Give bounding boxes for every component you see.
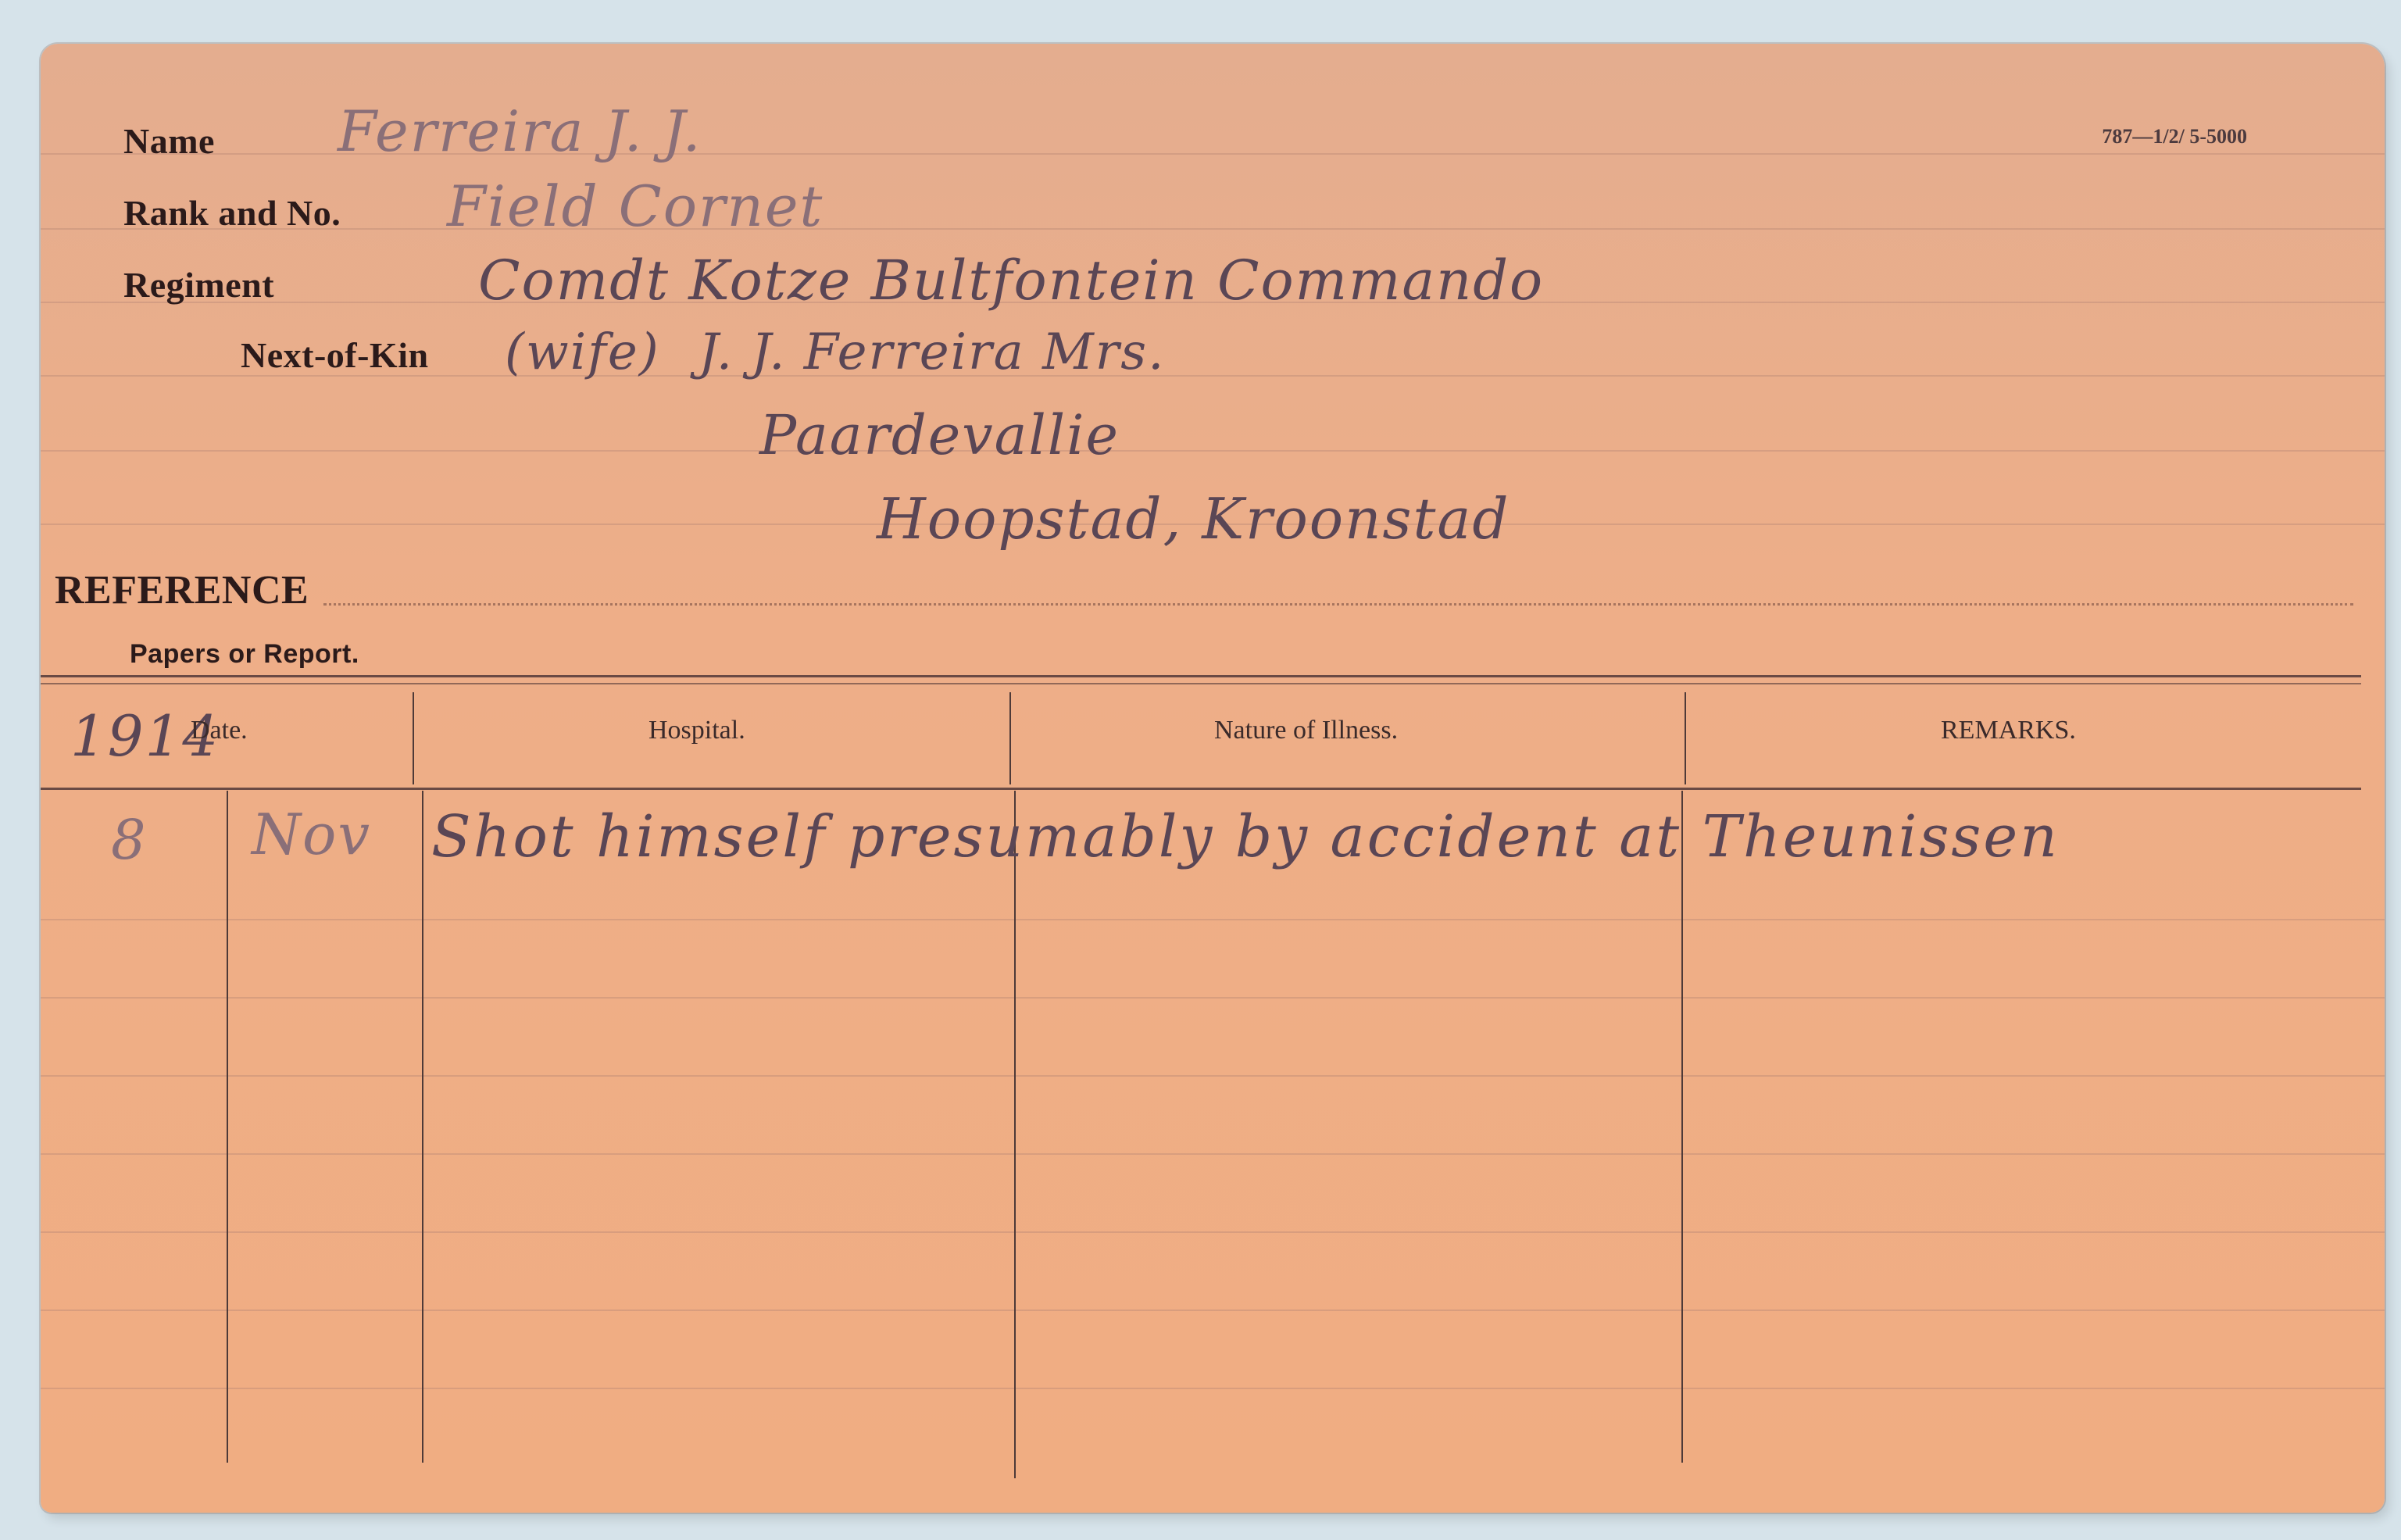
column-header-remarks: REMARKS. [1941,716,2076,745]
column-divider [1009,692,1011,784]
table-top-rule-inner [41,683,2361,684]
next-of-kin-address-line1: Paardevallie [759,403,1120,467]
next-of-kin-relation: (wife) [505,323,660,381]
entry-month: Nov [252,802,371,867]
column-header-hospital: Hospital. [648,716,745,745]
reference-dotted-line [323,603,2353,606]
ruled-line [41,1310,2385,1311]
papers-report-label: Papers or Report. [130,639,359,670]
table-top-rule [41,675,2361,677]
ruled-line [41,997,2385,999]
ruled-line [41,1231,2385,1233]
form-number: 787—1/2/ 5-5000 [2102,125,2247,148]
reference-label: REFERENCE [55,567,309,613]
ruled-line [41,1388,2385,1389]
entry-day: 8 [111,808,148,872]
next-of-kin-label: Next-of-Kin [241,334,429,376]
name-value: Ferreira J. J. [338,98,702,164]
column-divider [1014,791,1016,1478]
ruled-line [41,450,2385,452]
column-divider [1681,791,1683,1463]
record-card: 787—1/2/ 5-5000 Name Ferreira J. J. Rank… [41,44,2385,1513]
next-of-kin-name: J. J. Ferreira Mrs. [699,323,1165,381]
column-divider [1685,692,1686,784]
ruled-line [41,1075,2385,1077]
regiment-label: Regiment [123,264,274,305]
regiment-value: Comdt Kotze Bultfontein Commando [478,248,1544,313]
column-header-date: Date. [191,716,248,745]
rank-value: Field Cornet [447,173,824,239]
column-divider [227,791,228,1463]
rank-label: Rank and No. [123,192,341,234]
ruled-line [41,228,2385,230]
column-header-nature-of-illness: Nature of Illness. [1214,716,1398,745]
column-divider [422,791,423,1463]
name-label: Name [123,120,215,162]
ruled-line [41,919,2385,920]
ruled-line [41,1153,2385,1155]
entry-description: Shot himself presumably by accident at T… [431,803,2060,870]
column-divider [413,692,414,784]
next-of-kin-address-line2: Hoopstad, Kroonstad [877,486,1510,552]
header-bottom-rule [41,788,2361,790]
